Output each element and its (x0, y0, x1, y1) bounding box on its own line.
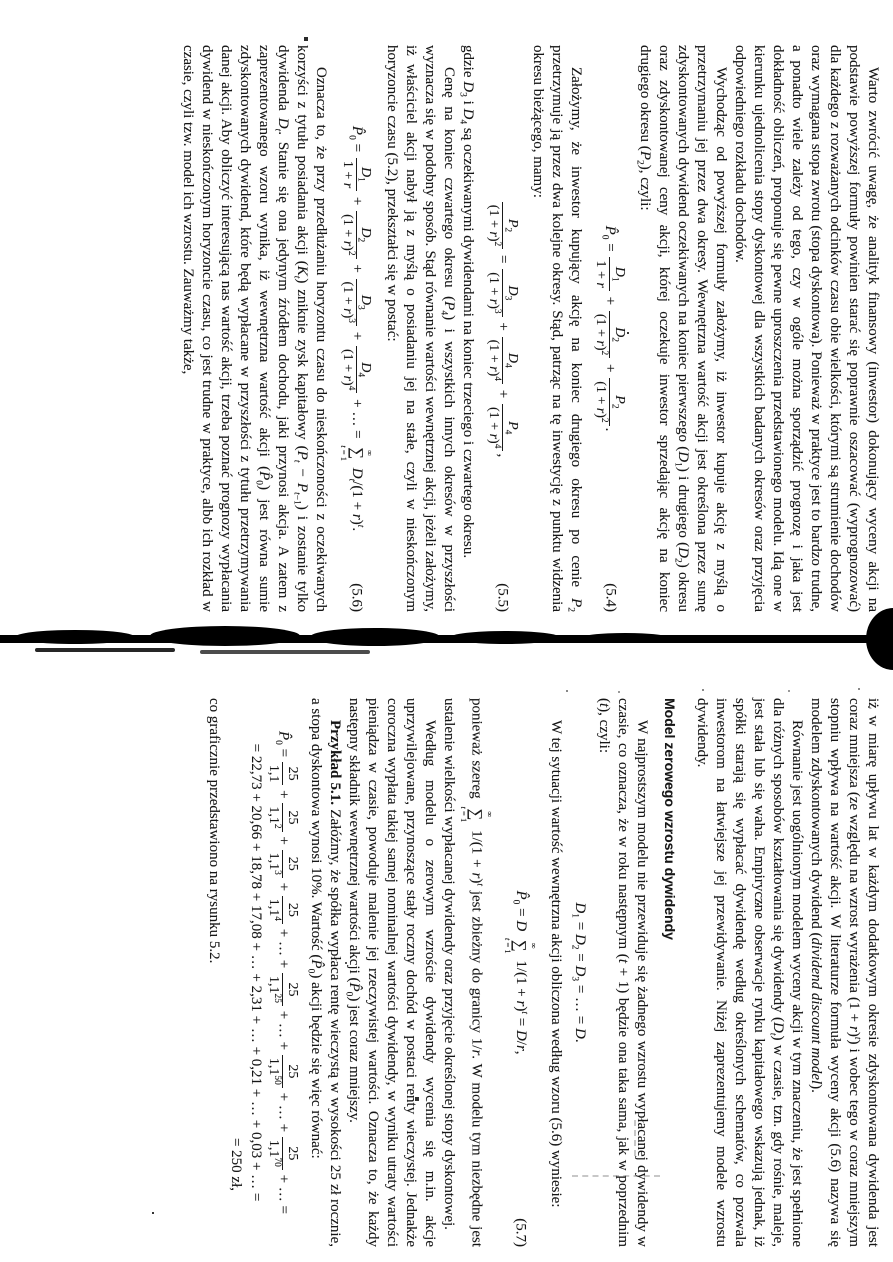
paragraph: Cenę na koniec czwartego okresu (P4) i w… (382, 45, 458, 612)
binding-blob (150, 626, 300, 646)
paragraph: Warto zwrócić uwagę, że analityk finanso… (730, 45, 882, 612)
book-scan: Warto zwrócić uwagę, że analityk finanso… (0, 0, 893, 1262)
paragraph: gdzie D3 i D4 są oczekiwanymi dywidendam… (458, 45, 477, 612)
binding-blob (450, 631, 560, 644)
equation-body: P̂0 = D11 + r + D2(1 + r)2 + D3(1 + r)3 … (349, 126, 365, 531)
equation-label: (5.7) (510, 1218, 529, 1247)
page-right-textblock: iż w miarę upływu lat w każdym dodatkowy… (204, 698, 882, 1247)
equation-body: P̂0 = D ∞∑t = 1 1/(1 + r)t = D/r, (513, 890, 529, 1054)
binding-blob (690, 635, 760, 642)
section-heading: Model zerowego wzrostu dywidendy (660, 698, 679, 1247)
display-equation: D1 = D2 = D3 = … = D. (570, 698, 589, 1247)
paragraph: W tej sytuacji wartość wewnętrzna akcji … (546, 698, 565, 1247)
equation-label: (5.6) (347, 583, 366, 612)
equation-body: P2(1 + r)2 = D3(1 + r)3 + D4(1 + r)4 + P… (495, 200, 511, 457)
display-equation: P2(1 + r)2 = D3(1 + r)3 + D4(1 + r)4 + P… (485, 45, 519, 612)
equation-label: (5.4) (600, 583, 619, 612)
paragraph: W najprostszym modelu nie przewiduje się… (594, 698, 651, 1247)
paragraph: Według modelu o zerowym wzroście dywiden… (344, 698, 439, 1247)
binding-blob (15, 630, 135, 644)
paragraph: co graficznie przedstawiono na rysunku 5… (204, 698, 223, 1247)
display-equation: P̂0 = D ∞∑t = 1 1/(1 + r)t = D/r, (5.7) (502, 698, 538, 1247)
paragraph: Równanie jest uogólnionym modelem wyceny… (692, 698, 806, 1247)
paragraph: Założymy, że inwestor kupujący akcję na … (528, 45, 585, 612)
scan-speckles (0, 0, 2, 2)
display-equation: P̂0 = D11 + r + D2(1 + r)2 + D3(1 + r)3 … (338, 45, 374, 612)
binding-blob (580, 633, 670, 643)
paragraph: ponieważ szereg ∞∑t = 1 1/(1 + r)t jest … (439, 698, 494, 1247)
page-left-sheet: Warto zwrócić uwagę, że analityk finanso… (0, 0, 893, 634)
example-equation-line: = 250 zł, (226, 698, 245, 1247)
equation-body: D1 = D2 = D3 = … = D. (572, 902, 588, 1042)
page-right-sheet: iż w miarę upływu lat w każdym dodatkowy… (0, 652, 893, 1262)
paragraph: iż w miarę upływu lat w każdym dodatkowy… (806, 698, 882, 1247)
paragraph: Oznacza to, że przy przedłużaniu horyzon… (178, 45, 330, 612)
example-equation-line: P̂0 = 251,1 + 251,12 + 251,13 + 251,14 +… (266, 698, 300, 1247)
binding-blob (310, 628, 440, 646)
paragraph: Przykład 5.1. Załóżmy, że spółka wypłaca… (306, 698, 344, 1247)
equation-label: (5.5) (493, 583, 512, 612)
paragraph: Wychodząc od powyższej formuły założymy,… (635, 45, 730, 612)
example-equation-line: = 22,73 + 20,66 + 18,78 + 17,08 + … + 2,… (246, 698, 265, 1247)
display-equation: P̂0 = D11 + r + D2(1 + r)2 + P2(1 + r)2.… (593, 45, 627, 612)
equation-body: P̂0 = D11 + r + D2(1 + r)2 + P2(1 + r)2. (602, 226, 618, 432)
page-left-textblock: Warto zwrócić uwagę, że analityk finanso… (178, 45, 882, 612)
